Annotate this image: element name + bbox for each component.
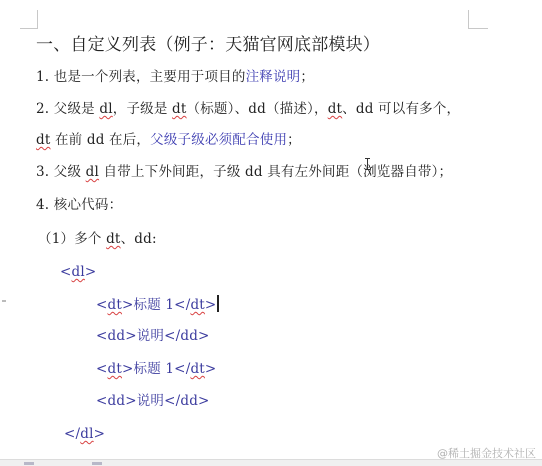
- view-mode-icon[interactable]: [24, 462, 34, 465]
- paragraph-text: 、dd 可以有多个，: [342, 101, 460, 117]
- paragraph-text: （标题）、dd（描述），: [187, 101, 328, 117]
- code-text: <: [60, 264, 72, 280]
- paragraph-text: 1. 也是一个列表，主要用于项目的: [36, 69, 246, 85]
- code-text: >: [205, 297, 217, 313]
- paragraph-text: ；: [300, 69, 314, 85]
- spellcheck-word: dt: [108, 297, 122, 313]
- highlighted-text: 注释说明: [246, 69, 301, 85]
- code-text: >: [205, 361, 217, 377]
- text-caret: [217, 295, 219, 312]
- code-text: >标题 1</: [122, 361, 190, 377]
- paragraph-text: 、dd:: [121, 231, 157, 247]
- highlighted-text: 父级子级必须配合使用: [150, 132, 287, 148]
- paragraph-1: 1. 也是一个列表，主要用于项目的注释说明；: [36, 68, 314, 86]
- section-heading: 一、自定义列表（例子：天猫官网底部模块）: [36, 34, 380, 56]
- paragraph-text: 3. 父级: [36, 164, 86, 180]
- ibeam-cursor-icon: [365, 158, 371, 170]
- page-corner-mark-right: [468, 10, 488, 29]
- spellcheck-word: dt: [36, 132, 50, 148]
- paragraph-text: 2. 父级是: [36, 101, 99, 117]
- spellcheck-word: dt: [328, 101, 342, 117]
- page-corner-mark-left: [20, 10, 38, 29]
- spellcheck-word: dl: [80, 426, 93, 442]
- code-dl-close: </dl>: [64, 425, 105, 443]
- subsection-heading: （1）多个 dt、dd:: [38, 230, 157, 248]
- code-dt-line-1: <dt>标题 1</dt>: [96, 295, 219, 314]
- spellcheck-word: dt: [172, 101, 186, 117]
- document-page[interactable]: 一、自定义列表（例子：天猫官网底部模块） 1. 也是一个列表，主要用于项目的注释…: [0, 0, 542, 459]
- paragraph-text: 在前 dd 在后，: [50, 132, 150, 148]
- code-text: </: [64, 426, 80, 442]
- view-mode-icon[interactable]: [92, 462, 102, 465]
- spellcheck-word: dt: [190, 297, 204, 313]
- code-dt-line-2: <dt>标题 1</dt>: [96, 360, 216, 378]
- paragraph-4: 4. 核心代码：: [36, 196, 122, 214]
- code-dl-open: <dl>: [60, 263, 96, 281]
- paragraph-3: 3. 父级 dl 自带上下外间距，子级 dd 具有左外间距（浏览器自带）；: [36, 163, 452, 181]
- spellcheck-word: dl: [99, 101, 112, 117]
- code-text: >标题 1</: [122, 297, 190, 313]
- code-text: <: [96, 297, 108, 313]
- code-dd-line-2: <dd>说明</dd>: [96, 392, 210, 410]
- spellcheck-word: dt: [108, 361, 122, 377]
- paragraph-text: （1）多个: [38, 231, 106, 247]
- spellcheck-word: dt: [106, 231, 120, 247]
- paragraph-text: 自带上下外间距，子级 dd 具有左外间距（浏览器自带）；: [99, 164, 452, 180]
- status-bar: [0, 459, 542, 466]
- code-text: >: [85, 264, 97, 280]
- paragraph-text: ，子级是: [113, 101, 172, 117]
- margin-marker: [2, 300, 6, 302]
- paragraph-text: ；: [287, 132, 301, 148]
- spellcheck-word: dl: [72, 264, 85, 280]
- code-dd-line-1: <dd>说明</dd>: [96, 327, 210, 345]
- code-text: <: [96, 361, 108, 377]
- code-text: >: [94, 426, 106, 442]
- paragraph-2-continued: dt 在前 dd 在后，父级子级必须配合使用；: [36, 131, 301, 149]
- spellcheck-word: dl: [86, 164, 99, 180]
- paragraph-2: 2. 父级是 dl，子级是 dt（标题）、dd（描述），dt、dd 可以有多个，: [36, 100, 460, 118]
- spellcheck-word: dt: [190, 361, 204, 377]
